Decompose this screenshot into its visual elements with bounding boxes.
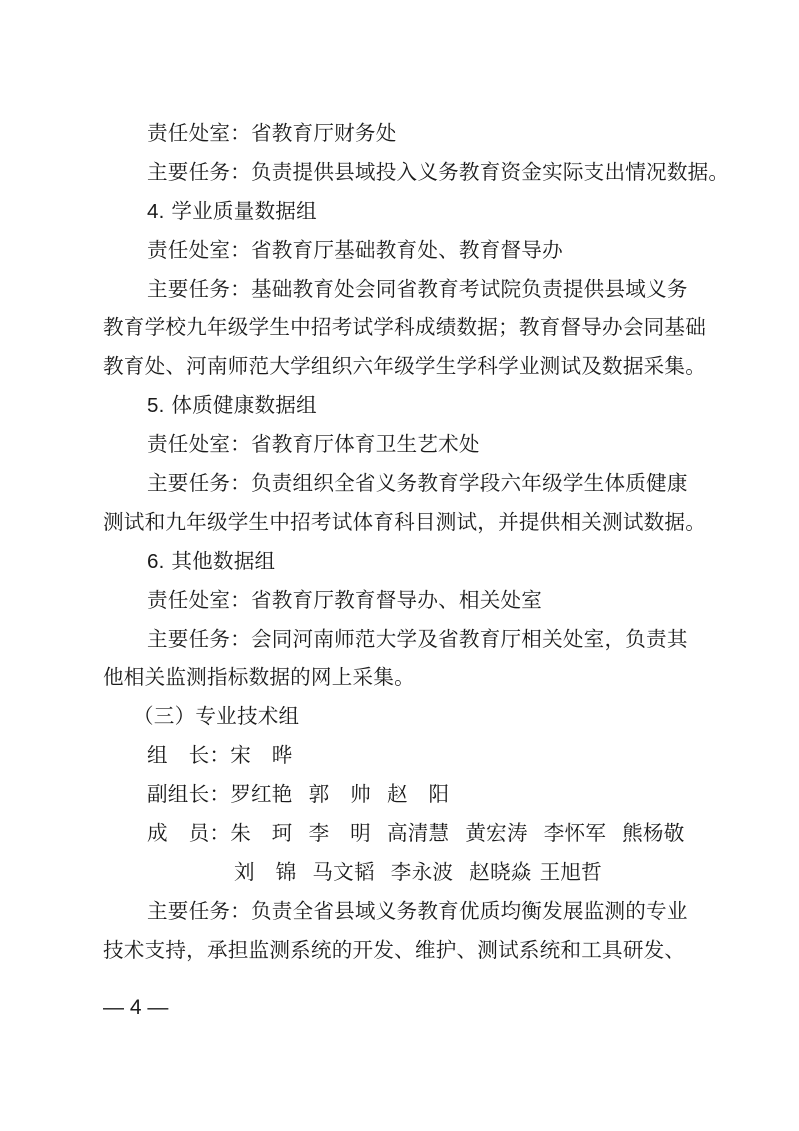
leader-label: 组 长： — [147, 736, 230, 775]
group5-heading-text: 体质健康数据组 — [171, 393, 317, 417]
group5-heading-number: 5. — [147, 394, 165, 417]
deputy-name: 赵 阳 — [387, 775, 449, 814]
member-name: 李 明 — [309, 814, 371, 853]
finance-responsible-office: 责任处室：省教育厅财务处 — [103, 114, 723, 153]
group6-task-line-1: 主要任务：会同河南师范大学及省教育厅相关处室，负责其 — [103, 620, 723, 659]
page-number: — 4 — — [103, 990, 168, 1026]
tech-group-task-line-2: 技术支持，承担监测系统的开发、维护、测试系统和工具研发、 — [103, 931, 723, 970]
member-name: 朱 珂 — [230, 814, 292, 853]
tech-group-leader: 组 长：宋 晔 — [103, 736, 723, 775]
tech-group-heading: （三）专业技术组 — [103, 697, 723, 736]
group5-task-line-2: 测试和九年级学生中招考试体育科目测试，并提供相关测试数据。 — [103, 503, 723, 542]
deputy-name: 罗红艳 — [230, 775, 292, 814]
group4-heading-text: 学业质量数据组 — [171, 199, 317, 223]
group5-heading: 5. 体质健康数据组 — [103, 386, 723, 425]
document-page: 责任处室：省教育厅财务处 主要任务：负责提供县域投入义务教育资金实际支出情况数据… — [103, 114, 723, 970]
member-name: 马文韬 — [312, 853, 374, 892]
member-name: 刘 锦 — [234, 853, 296, 892]
group4-task-line-1: 主要任务：基础教育处会同省教育考试院负责提供县域义务 — [103, 270, 723, 309]
tech-group-deputies: 副组长：罗红艳郭 帅赵 阳 — [103, 775, 723, 814]
deputy-label: 副组长： — [147, 775, 230, 814]
tech-group-task-line-1: 主要任务：负责全省县域义务教育优质均衡发展监测的专业 — [103, 892, 723, 931]
group6-heading-number: 6. — [147, 550, 165, 573]
tech-group-members-row-2: 刘 锦马文韬李永波赵晓焱王旭哲 — [103, 853, 723, 892]
group6-heading: 6. 其他数据组 — [103, 542, 723, 581]
group4-heading: 4. 学业质量数据组 — [103, 192, 723, 231]
group6-task-line-2: 他相关监测指标数据的网上采集。 — [103, 658, 723, 697]
member-name: 李永波 — [391, 853, 453, 892]
members-label: 成 员： — [147, 814, 230, 853]
deputy-name: 郭 帅 — [309, 775, 371, 814]
group4-task-line-3: 教育处、河南师范大学组织六年级学生学科学业测试及数据采集。 — [103, 347, 723, 386]
group6-heading-text: 其他数据组 — [171, 549, 275, 573]
member-name: 赵晓焱 — [469, 853, 531, 892]
member-name: 黄宏涛 — [465, 814, 527, 853]
group4-responsible-office: 责任处室：省教育厅基础教育处、教育督导办 — [103, 231, 723, 270]
member-name: 李怀军 — [544, 814, 606, 853]
group6-responsible-office: 责任处室：省教育厅教育督导办、相关处室 — [103, 581, 723, 620]
leader-name: 宋 晔 — [230, 743, 292, 767]
member-name: 熊杨敬 — [622, 814, 684, 853]
group5-task-line-1: 主要任务：负责组织全省义务教育学段六年级学生体质健康 — [103, 464, 723, 503]
member-name: 王旭哲 — [540, 853, 602, 892]
tech-group-members-row-1: 成 员：朱 珂李 明高清慧黄宏涛李怀军熊杨敬 — [103, 814, 723, 853]
finance-main-task: 主要任务：负责提供县域投入义务教育资金实际支出情况数据。 — [103, 153, 723, 192]
group4-heading-number: 4. — [147, 200, 165, 223]
group4-task-line-2: 教育学校九年级学生中招考试学科成绩数据；教育督导办会同基础 — [103, 308, 723, 347]
member-name: 高清慧 — [387, 814, 449, 853]
group5-responsible-office: 责任处室：省教育厅体育卫生艺术处 — [103, 425, 723, 464]
